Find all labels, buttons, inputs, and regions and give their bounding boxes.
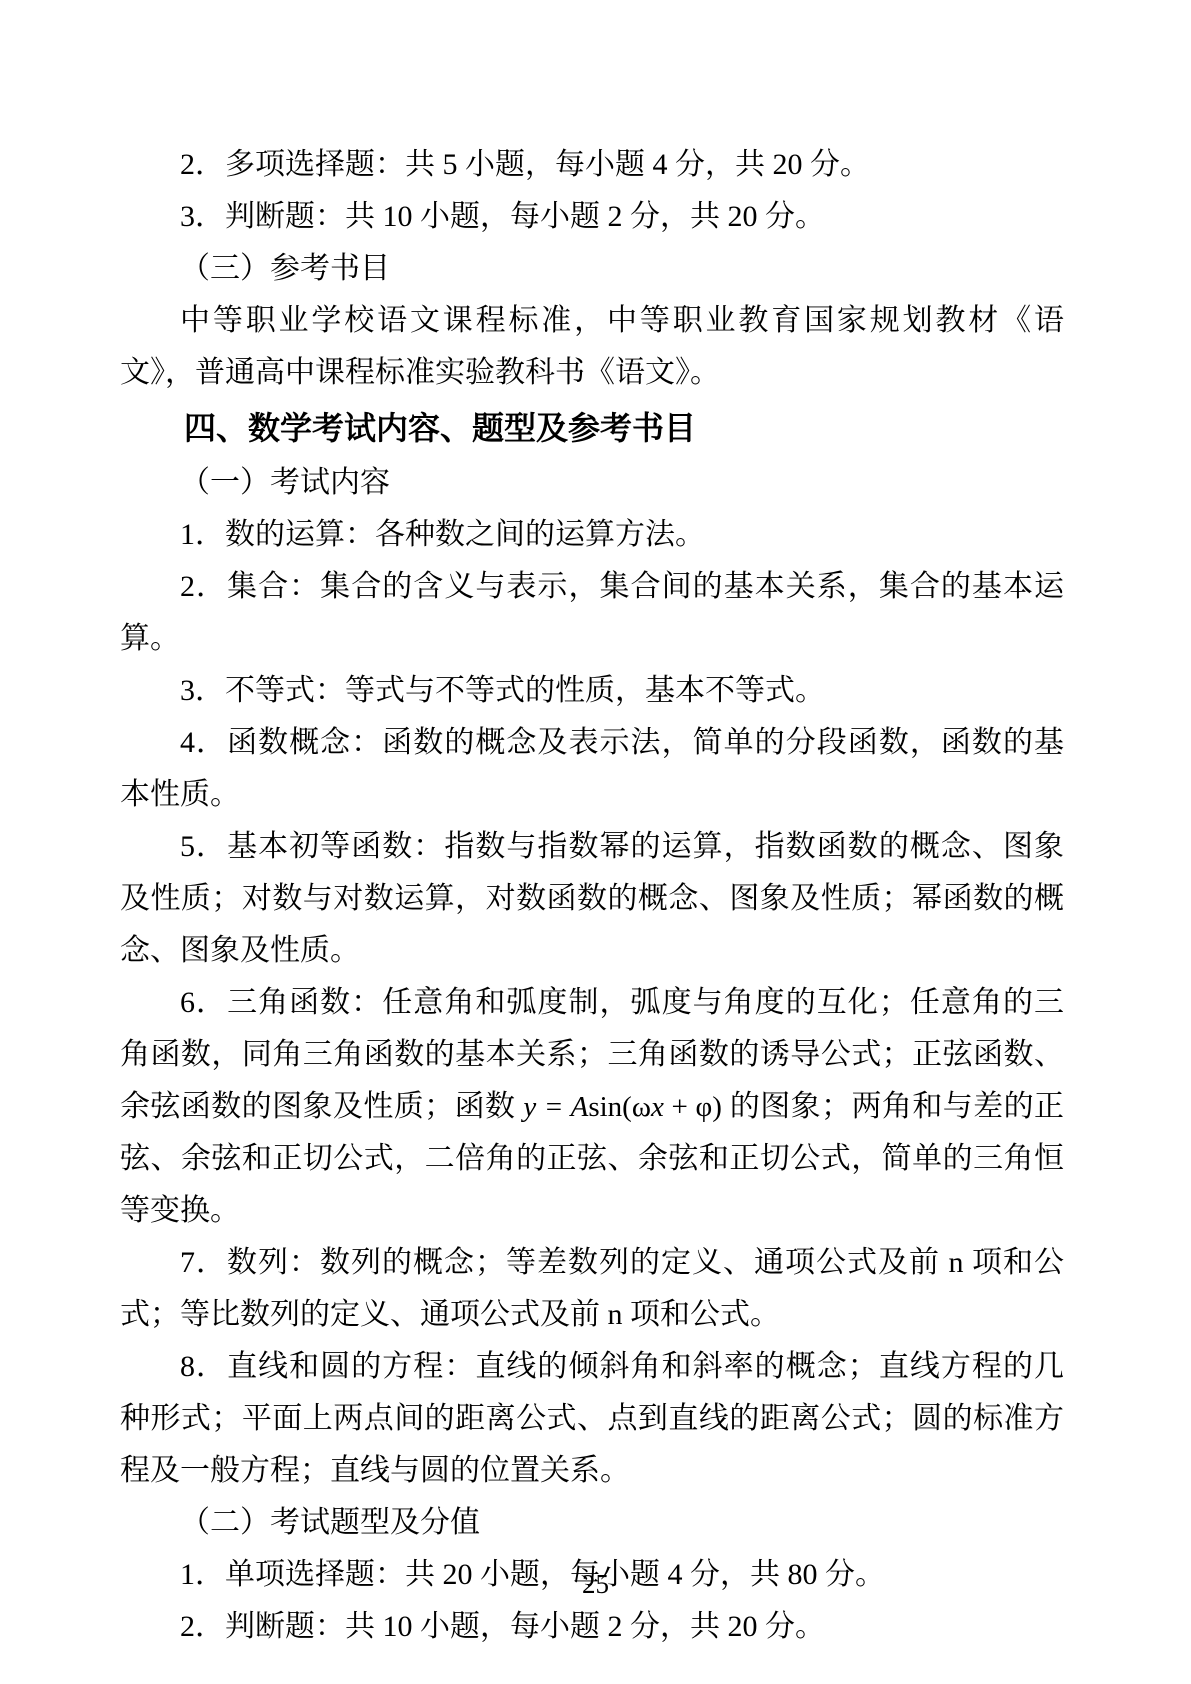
formula-segment-plus-phi: + φ) [664, 1091, 722, 1123]
para-math-item-8: 8．直线和圆的方程：直线的倾斜角和斜率的概念；直线方程的几种形式；平面上两点间的… [120, 1341, 1064, 1497]
para-true-false-math: 2．判断题：共 10 小题，每小题 2 分，共 20 分。 [120, 1601, 1064, 1653]
para-reference-books-lang: 中等职业学校语文课程标准，中等职业教育国家规划教材《语文》，普通高中课程标准实验… [120, 295, 1064, 399]
subheading-exam-content: （一）考试内容 [120, 457, 1064, 509]
para-math-item-3: 3．不等式：等式与不等式的性质，基本不等式。 [120, 665, 1064, 717]
para-math-item-2: 2．集合：集合的含义与表示，集合间的基本关系，集合的基本运算。 [120, 561, 1064, 665]
para-true-false-lang: 3．判断题：共 10 小题，每小题 2 分，共 20 分。 [120, 191, 1064, 243]
formula-segment-x: x [651, 1091, 664, 1123]
section-heading-math: 四、数学考试内容、题型及参考书目 [120, 399, 1064, 457]
para-math-item-1: 1．数的运算：各种数之间的运算方法。 [120, 509, 1064, 561]
para-math-item-4: 4．函数概念：函数的概念及表示法，简单的分段函数，函数的基本性质。 [120, 717, 1064, 821]
math-formula: y = Asin(ωx + φ) [523, 1091, 722, 1123]
subheading-reference-books-lang: （三）参考书目 [120, 243, 1064, 295]
subheading-exam-types-math: （二）考试题型及分值 [120, 1497, 1064, 1549]
document-body: 2．多项选择题：共 5 小题，每小题 4 分，共 20 分。 3．判断题：共 1… [120, 139, 1064, 1653]
para-math-item-7: 7．数列：数列的概念；等差数列的定义、通项公式及前 n 项和公式；等比数列的定义… [120, 1237, 1064, 1341]
formula-segment-y-eq-a: y = A [523, 1091, 588, 1123]
page-number: 25 [0, 1568, 1191, 1600]
document-page: 2．多项选择题：共 5 小题，每小题 4 分，共 20 分。 3．判断题：共 1… [0, 0, 1191, 1684]
para-math-item-5: 5．基本初等函数：指数与指数幂的运算，指数函数的概念、图象及性质；对数与对数运算… [120, 821, 1064, 977]
formula-segment-sin-omega: sin(ω [588, 1091, 651, 1123]
para-math-item-6: 6．三角函数：任意角和弧度制，弧度与角度的互化；任意角的三角函数，同角三角函数的… [120, 977, 1064, 1237]
para-multi-choice-lang: 2．多项选择题：共 5 小题，每小题 4 分，共 20 分。 [120, 139, 1064, 191]
